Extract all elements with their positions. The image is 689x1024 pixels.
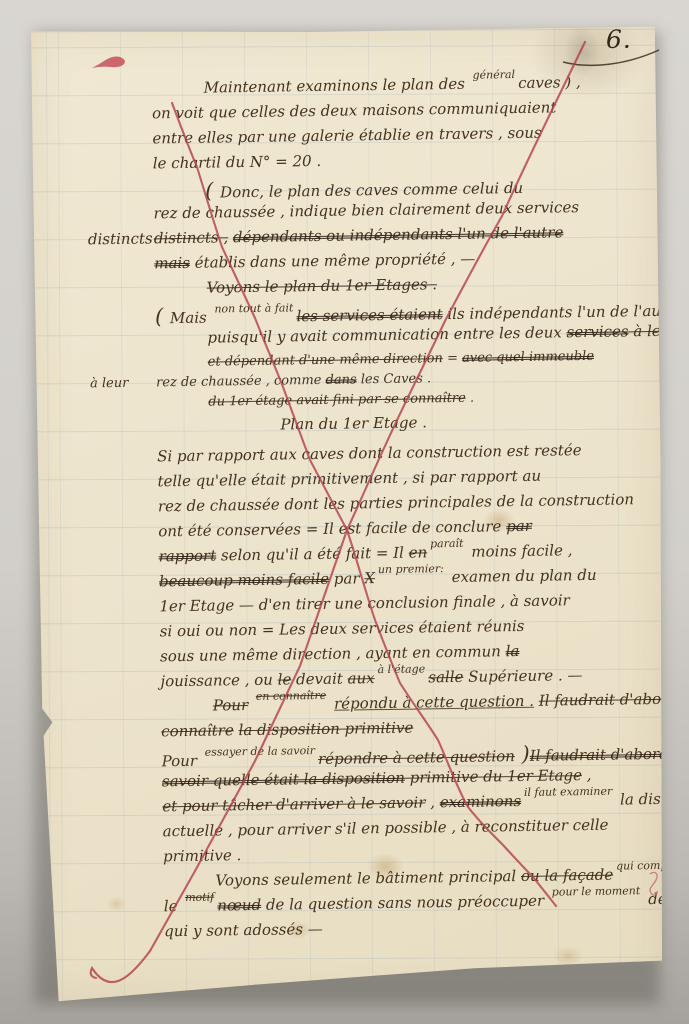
struck-text: le	[278, 670, 292, 688]
struck-text: Voyons le plan du 1er Etages .	[207, 275, 438, 296]
manuscript-line: qui y sont adossés —	[164, 917, 648, 949]
struck-text: Il faudrait d'abord	[539, 690, 678, 710]
text-segment: Supérieure . —	[463, 666, 582, 686]
text-segment: examen du plan du	[447, 566, 597, 586]
text-segment	[248, 696, 253, 714]
struck-text: avec quel immeuble	[462, 349, 594, 366]
text-segment: Voyons seulement le bâtiment principal	[215, 867, 521, 890]
text-segment: le chartil du N° = 20 .	[153, 152, 322, 172]
text-segment: répondu à cette question .	[334, 692, 534, 713]
stain	[552, 945, 584, 967]
interline-insertion: à l'étage	[377, 663, 425, 675]
interline-insertion: essayer de la savoir	[205, 745, 315, 758]
stain	[106, 895, 128, 913]
struck-text: par	[506, 517, 532, 535]
struck-text: mais	[154, 254, 190, 273]
text-segment: )	[515, 742, 530, 766]
struck-text: les services étaient	[296, 305, 442, 325]
text-segment: les Caves .	[357, 371, 432, 387]
interline-insertion: qui comporte	[616, 859, 689, 871]
text-segment: la disposition	[615, 789, 689, 809]
text-segment: selon qu'il a été fait = Il	[216, 544, 409, 565]
text-segment: Plan du 1er Etage .	[280, 413, 427, 433]
struck-text: primitive du 1er Etage	[405, 766, 582, 787]
struck-text: dans	[325, 372, 356, 387]
text-segment: qui y sont adossés —	[164, 920, 323, 940]
struck-text: et pour tâcher d'arriver à le savoir	[162, 793, 425, 815]
struck-text: dépendants ou indépendants l'un de l'aut…	[233, 223, 564, 246]
struck-text: en	[409, 543, 428, 561]
interline-insertion: un premier:	[378, 563, 444, 575]
struck-text: à leur	[628, 322, 677, 341]
struck-text: nœud	[217, 896, 261, 915]
struck-text: beaucoup moins facile	[159, 570, 329, 591]
struck-text: la	[506, 642, 520, 660]
text-segment: des annexes	[643, 889, 689, 908]
text-segment: rez de chaussée , comme	[156, 373, 326, 391]
struck-text: aux	[347, 669, 374, 687]
struck-text: répondre à cette question	[318, 747, 515, 768]
manuscript-page: 6. Maintenant examinons le plan des géné…	[28, 25, 664, 1004]
text-segment: ,	[425, 793, 440, 811]
text-segment: établis dans une même propriété , —	[190, 250, 476, 272]
text-segment: le	[164, 897, 183, 915]
interline-insertion: pour le moment	[552, 885, 641, 897]
text-segment: Mais	[170, 309, 212, 328]
interline-insertion: général	[472, 69, 515, 81]
text-segment: ,	[582, 766, 592, 784]
struck-text: distincts ,	[154, 228, 229, 247]
text-segment: jouissance , ou	[160, 671, 277, 691]
text-segment: par	[329, 569, 365, 588]
struck-text: salle	[428, 668, 463, 687]
struck-text: du 1er étage avait fini par se connaître	[208, 391, 466, 410]
struck-text: services	[566, 322, 628, 341]
text-segment: =	[443, 351, 462, 366]
text-segment: primitive .	[163, 846, 242, 865]
margin-word: à leur	[90, 377, 129, 391]
struck-text: rapport	[158, 546, 216, 565]
page-number: 6.	[606, 25, 632, 54]
struck-text: Il faudrait d'abord	[530, 745, 669, 765]
struck-text: connaître	[161, 721, 234, 740]
interline-insertion: paraît	[430, 538, 464, 549]
interline-insertion: motif	[185, 892, 214, 903]
text-segment: devait	[291, 670, 348, 689]
struck-text: examinons	[440, 792, 522, 811]
interline-insertion: il faut examiner	[524, 786, 612, 798]
struck-text: Pour	[213, 696, 249, 715]
struck-text: X	[364, 569, 375, 587]
scan-photo-background: { "page": { "page_number": "6.", "catalo…	[0, 0, 689, 1024]
smudge	[564, 25, 600, 77]
text-segment: (	[205, 178, 220, 202]
text-segment: de la question sans nous préoccuper	[261, 892, 549, 914]
text-segment: caves ) ,	[518, 73, 581, 92]
text-segment: moins facile ,	[466, 541, 572, 561]
text-segment: Donc, le plan des caves comme celui du	[220, 179, 523, 201]
interline-insertion: non tout à fait	[214, 302, 293, 314]
text-segment: .	[466, 391, 474, 406]
text-segment: Pour	[162, 752, 202, 771]
text-segment: sous une même direction , ayant en commu…	[160, 642, 506, 665]
text-segment: Maintenant examinons le plan des	[204, 75, 470, 97]
struck-text: et dépendant d'une même direction	[208, 351, 443, 369]
struck-text: savoir quelle était la disposition	[162, 769, 405, 791]
struck-text: ou la façade	[521, 866, 614, 885]
text-segment: ils indépendants l'un de l'autre	[442, 302, 683, 324]
interline-insertion: en connaître	[256, 690, 326, 702]
margin-word: distincts	[88, 231, 153, 247]
manuscript-text: Maintenant examinons le plan des général…	[152, 74, 649, 949]
struck-text: la disposition primitive	[238, 719, 413, 740]
text-segment: (	[155, 304, 170, 328]
